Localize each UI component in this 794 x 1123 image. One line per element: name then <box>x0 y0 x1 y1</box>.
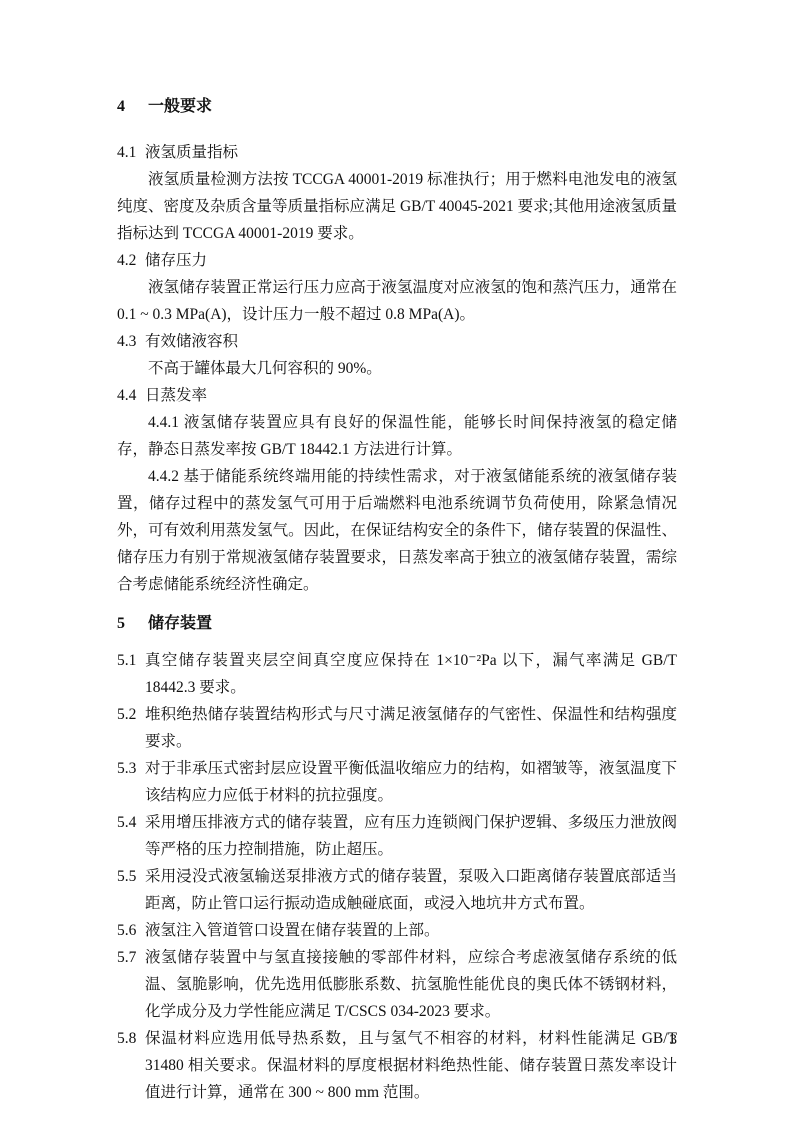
paragraph: 4.4.2 基于储能系统终端用能的持续性需求，对于液氢储能系统的液氢储存装置，储… <box>117 463 677 598</box>
item-number: 5.3 <box>117 755 145 809</box>
list-item: 5.2堆积绝热储存装置结构形式与尺寸满足液氢储存的气密性、保温性和结构强度要求。 <box>117 701 677 755</box>
clause-title: 有效储液容积 <box>145 333 238 350</box>
section-number: 4 <box>117 96 148 117</box>
section-number: 5 <box>117 613 148 634</box>
paragraph: 液氢储存装置正常运行压力应高于液氢温度对应液氢的饱和蒸汽压力，通常在 0.1 ~… <box>117 274 677 328</box>
clause-heading-4-4: 4.4日蒸发率 <box>117 382 677 409</box>
clause-title: 日蒸发率 <box>145 387 207 404</box>
item-text: 堆积绝热储存装置结构形式与尺寸满足液氢储存的气密性、保温性和结构强度要求。 <box>145 701 677 755</box>
list-item: 5.6液氢注入管道管口设置在储存装置的上部。 <box>117 917 677 944</box>
clause-number: 4.3 <box>117 328 145 355</box>
item-number: 5.7 <box>117 944 145 1025</box>
list-item: 5.4采用增压排液方式的储存装置，应有压力连锁阀门保护逻辑、多级压力泄放阀等严格… <box>117 809 677 863</box>
item-number: 5.2 <box>117 701 145 755</box>
list-item: 5.1真空储存装置夹层空间真空度应保持在 1×10⁻²Pa 以下，漏气率满足 G… <box>117 647 677 701</box>
paragraph: 4.4.1 液氢储存装置应具有良好的保温性能，能够长时间保持液氢的稳定储存，静态… <box>117 409 677 463</box>
list-item: 5.5采用浸没式液氢输送泵排液方式的储存装置，泵吸入口距离储存装置底部适当距离，… <box>117 863 677 917</box>
item-text: 采用浸没式液氢输送泵排液方式的储存装置，泵吸入口距离储存装置底部适当距离，防止管… <box>145 863 677 917</box>
clause-number: 4.2 <box>117 247 145 274</box>
paragraph: 液氢质量检测方法按 TCCGA 40001-2019 标准执行；用于燃料电池发电… <box>117 166 677 247</box>
item-text: 采用增压排液方式的储存装置，应有压力连锁阀门保护逻辑、多级压力泄放阀等严格的压力… <box>145 809 677 863</box>
item-text: 对于非承压式密封层应设置平衡低温收缩应力的结构，如褶皱等，液氢温度下该结构应力应… <box>145 755 677 809</box>
clause-heading-4-2: 4.2储存压力 <box>117 247 677 274</box>
page-number: 3 <box>117 1030 677 1051</box>
section-heading-4: 4一般要求 <box>117 96 677 117</box>
item-text: 真空储存装置夹层空间真空度应保持在 1×10⁻²Pa 以下，漏气率满足 GB/T… <box>145 647 677 701</box>
item-text: 液氢储存装置中与氢直接接触的零部件材料，应综合考虑液氢储存系统的低温、氢脆影响，… <box>145 944 677 1025</box>
item-number: 5.5 <box>117 863 145 917</box>
section-title: 储存装置 <box>148 615 212 632</box>
item-number: 5.6 <box>117 917 145 944</box>
list-item: 5.7液氢储存装置中与氢直接接触的零部件材料，应综合考虑液氢储存系统的低温、氢脆… <box>117 944 677 1025</box>
clause-heading-4-3: 4.3有效储液容积 <box>117 328 677 355</box>
clause-number: 4.1 <box>117 139 145 166</box>
document-page: 4一般要求 4.1液氢质量指标 液氢质量检测方法按 TCCGA 40001-20… <box>0 0 794 1123</box>
clause-number: 4.4 <box>117 382 145 409</box>
item-number: 5.4 <box>117 809 145 863</box>
clause-title: 液氢质量指标 <box>145 144 238 161</box>
clause-heading-4-1: 4.1液氢质量指标 <box>117 139 677 166</box>
paragraph: 不高于罐体最大几何容积的 90%。 <box>117 355 677 382</box>
list-item: 5.3对于非承压式密封层应设置平衡低温收缩应力的结构，如褶皱等，液氢温度下该结构… <box>117 755 677 809</box>
section-heading-5: 5储存装置 <box>117 613 677 634</box>
clause-title: 储存压力 <box>145 252 207 269</box>
item-number: 5.1 <box>117 647 145 701</box>
item-text: 液氢注入管道管口设置在储存装置的上部。 <box>145 917 677 944</box>
document-content: 4一般要求 4.1液氢质量指标 液氢质量检测方法按 TCCGA 40001-20… <box>117 96 677 1106</box>
section-title: 一般要求 <box>148 98 212 115</box>
